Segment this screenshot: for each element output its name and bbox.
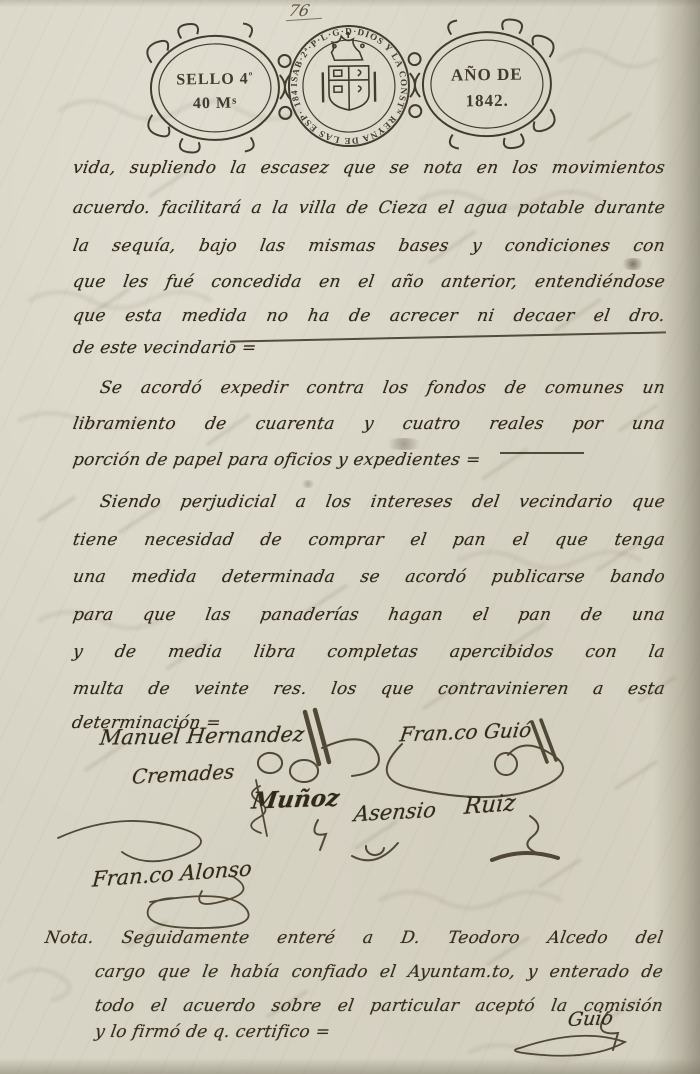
closing-rule [500,452,584,454]
ink-smudge [620,258,646,270]
manuscript-line: acuerdo. facilitará a la villa de Cieza … [71,198,666,218]
manuscript-line: una medida determinada se acordó publica… [71,567,666,587]
signature: Fran.co Alonso [91,856,252,891]
page-edge-bottom [0,1058,700,1074]
signature: Asensio [353,798,438,826]
manuscript-page: 76 [0,0,700,1074]
manuscript-line: Nota. Seguidamente enteré a D. Teodoro A… [43,928,664,948]
manuscript-line: y de media libra completas apercibidos c… [71,642,666,662]
manuscript-line: porción de papel para oficios y expedien… [71,450,482,470]
stamp-denomination: SELLO 4º [176,70,253,88]
stamp-year-label: AÑO DE [451,65,523,85]
manuscript-line: Se acordó expedir contra los fondos de c… [98,378,666,398]
manuscript-line: Siendo perjudicial a los intereses del v… [98,492,666,512]
page-edge-top [0,0,700,7]
signature: Ruiz [463,790,516,820]
stamp-year-value: 1842. [465,91,509,111]
signature: Muñoz [250,784,341,814]
ink-smudge [382,438,426,450]
manuscript-line: para que las panaderías hagan el pan de … [71,605,666,625]
ink-smudge [300,480,316,488]
manuscript-line: vida, supliendo la escasez que se nota e… [71,158,666,178]
stamp-center-seal [288,25,410,147]
page-edge-right [654,0,700,1074]
manuscript-line: y lo firmó de q. certifico = [93,1022,331,1042]
manuscript-line: multa de veinte res. los que contravinie… [71,679,666,699]
stamp-value: 40 Ms [193,95,238,113]
manuscript-line: tiene necesidad de comprar el pan el que… [71,530,666,550]
coat-of-arms-icon [323,66,376,111]
revenue-stamp: SELLO 4º 40 Ms ISAB·2ª·P·L·G·D·DIOS Y LA… [141,17,563,163]
manuscript-line: libramiento de cuarenta y cuatro reales … [71,414,666,434]
manuscript-line: la sequía, bajo las mismas bases y condi… [71,236,666,256]
manuscript-line: que les fué concedida en el año anterior… [71,272,666,292]
manuscript-line: que esta medida no ha de acrecer ni deca… [71,306,666,326]
signature: Manuel Hernandez [99,722,306,750]
signature: Cremades [131,759,235,789]
closing-rule [230,331,666,342]
stamp-ornament-icon [408,53,421,117]
signature: Fran.co Guió [398,718,533,747]
closing-signature: Guió [566,1007,614,1031]
manuscript-line: cargo que le había confiado el Ayuntam.t… [93,962,664,982]
